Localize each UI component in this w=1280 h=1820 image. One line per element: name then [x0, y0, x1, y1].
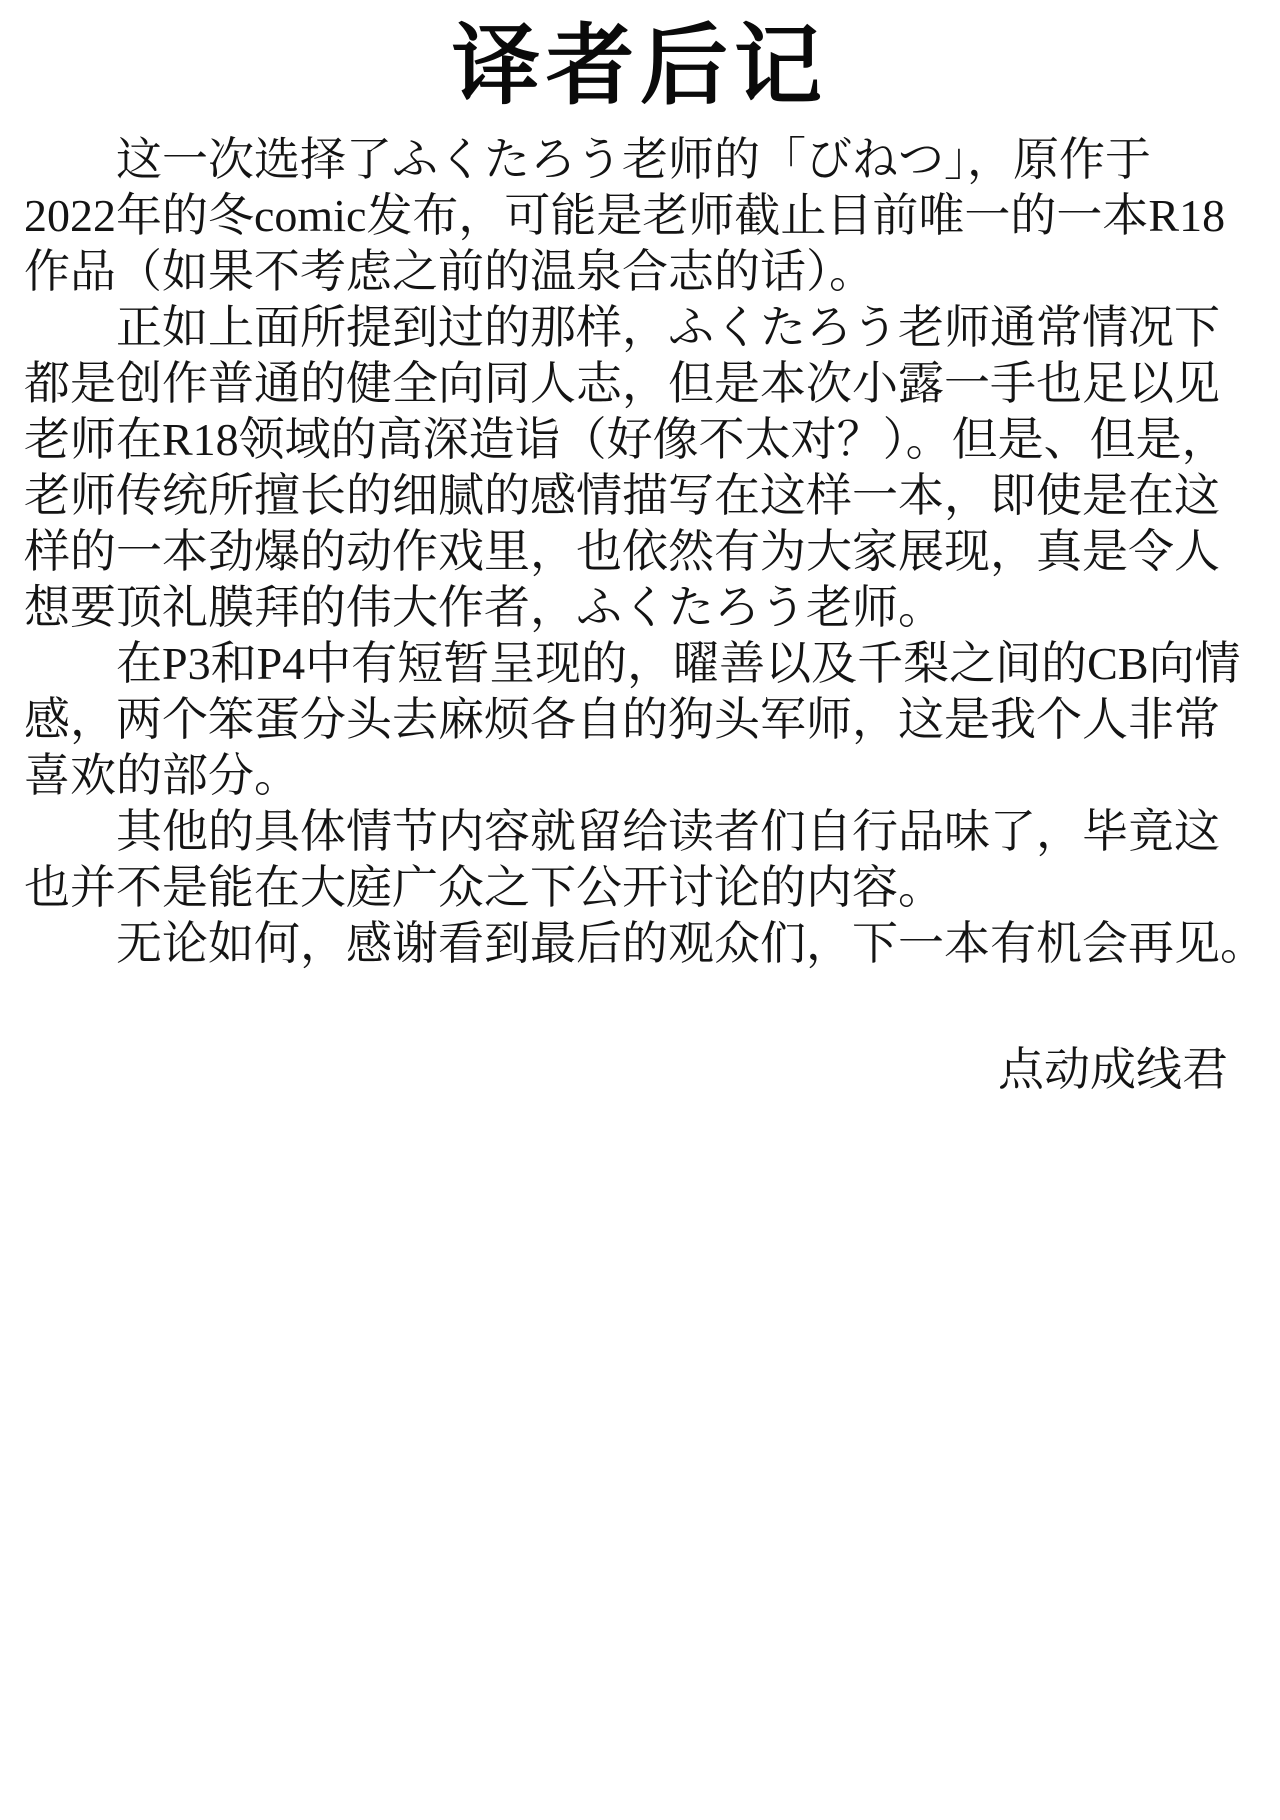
- afterword-line: 都是创作普通的健全向同人志，但是本次小露一手也足以见: [24, 356, 1270, 412]
- afterword-line: 老师在R18领域的高深造诣（好像不太对？）。但是、但是，: [24, 412, 1270, 468]
- afterword-line: 喜欢的部分。: [24, 748, 1270, 804]
- afterword-line: 样的一本劲爆的动作戏里，也依然有为大家展现，真是令人: [24, 524, 1270, 580]
- translator-signature: 点动成线君: [0, 1042, 1280, 1098]
- afterword-line: 其他的具体情节内容就留给读者们自行品味了，毕竟这: [24, 804, 1270, 860]
- afterword-body: 这一次选择了ふくたろう老师的「びねつ」，原作于 2022年的冬comic发布，可…: [0, 132, 1280, 972]
- afterword-line: 在P3和P4中有短暂呈现的，曜善以及千梨之间的CB向情: [24, 636, 1270, 692]
- afterword-line: 2022年的冬comic发布，可能是老师截止目前唯一的一本R18: [24, 188, 1270, 244]
- afterword-line: 老师传统所擅长的细腻的感情描写在这样一本，即使是在这: [24, 468, 1270, 524]
- afterword-line: 想要顶礼膜拜的伟大作者，ふくたろう老师。: [24, 580, 1270, 636]
- afterword-line: 也并不是能在大庭广众之下公开讨论的内容。: [24, 860, 1270, 916]
- afterword-line: 感，两个笨蛋分头去麻烦各自的狗头军师，这是我个人非常: [24, 692, 1270, 748]
- afterword-line: 作品（如果不考虑之前的温泉合志的话）。: [24, 244, 1270, 300]
- page-title: 译者后记: [0, 0, 1280, 122]
- afterword-line: 正如上面所提到过的那样，ふくたろう老师通常情况下: [24, 300, 1270, 356]
- afterword-page: 译者后记 这一次选择了ふくたろう老师的「びねつ」，原作于 2022年的冬comi…: [0, 0, 1280, 1820]
- afterword-line: 无论如何，感谢看到最后的观众们，下一本有机会再见。: [24, 916, 1270, 972]
- afterword-line: 这一次选择了ふくたろう老师的「びねつ」，原作于: [24, 132, 1270, 188]
